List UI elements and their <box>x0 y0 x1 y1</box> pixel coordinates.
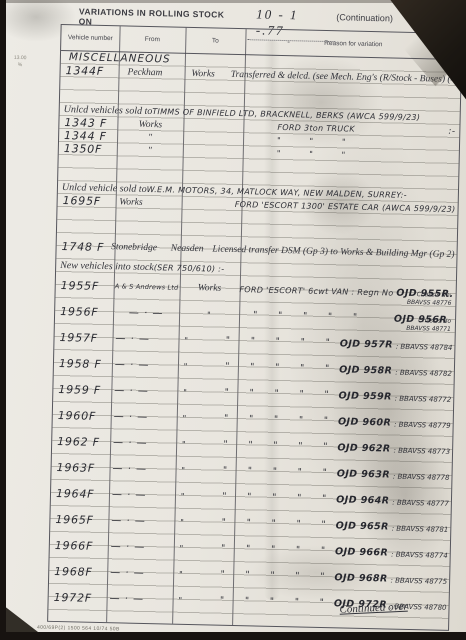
ditto-marks: """"" <box>212 335 340 348</box>
from-location: Works <box>139 119 163 130</box>
ditto-mark: — · — <box>110 567 145 579</box>
chassis-number: : BBAVSS 48781 <box>392 524 449 533</box>
header-reason-label: Reason for variation <box>324 40 382 49</box>
to-cell: " <box>160 352 212 379</box>
vehicle-number: 1972F <box>54 590 93 604</box>
ditto-mark: " <box>321 520 325 530</box>
from-cell: — · — <box>101 455 158 482</box>
ditto-marks: """"" <box>207 543 335 556</box>
ditto-mark: " <box>323 468 327 478</box>
vehicle-number: 1955F <box>61 279 100 293</box>
note-lead: Unlcd vehicle sold to <box>58 182 147 195</box>
ditto-mark: " <box>179 543 183 552</box>
ditto-mark: " <box>181 465 185 474</box>
to-cell <box>183 145 243 159</box>
header-to: To <box>185 28 246 54</box>
ditto-mark: " <box>274 389 278 399</box>
vehicle-number: 1748 F <box>61 240 104 254</box>
header-dash: - <box>287 37 290 46</box>
ditto-mark: " <box>273 441 277 451</box>
ditto-marks: """"" <box>208 517 336 530</box>
from-cell: Works <box>105 195 158 209</box>
vehicle-number-cell: 1957F <box>54 324 105 351</box>
from-cell: — · — <box>98 585 155 612</box>
to-cell: " <box>158 430 210 457</box>
ditto-mark: — · — <box>112 489 147 501</box>
vehicle-number-cell: 1344 F <box>59 129 117 143</box>
ditto-mark: " <box>248 440 252 450</box>
ditto-mark: " <box>272 493 276 503</box>
from-cell: — · — <box>104 351 161 378</box>
to-cell: " <box>155 586 207 613</box>
to-cell: Neasden <box>162 235 213 262</box>
ditto-mark: — · — <box>114 411 149 423</box>
vehicle-number-cell: 1963F <box>51 454 102 481</box>
vehicle-number-cell: 1955F <box>55 272 113 299</box>
to-cell: Works <box>175 67 231 81</box>
ditto-mark: " <box>325 338 329 348</box>
vehicle-number-cell: 1968F <box>49 558 100 585</box>
ditto-mark: " <box>295 597 299 607</box>
vehicle-number: 1344 F <box>64 129 107 143</box>
ditto-mark: — · — <box>115 359 150 371</box>
ditto-mark: " <box>181 491 185 500</box>
ditto-mark: " <box>328 312 332 322</box>
vehicle-number: 1962 F <box>57 434 100 448</box>
vehicle-number-cell: 1959 F <box>53 376 104 403</box>
ditto-mark: " <box>300 363 304 373</box>
reason-text: " " " <box>277 149 346 160</box>
from-cell: — · — <box>99 559 156 586</box>
vehicle-number-cell: 1350F <box>59 142 117 156</box>
ditto-mark: " <box>225 362 229 372</box>
ditto-mark: " <box>271 519 275 529</box>
ditto-marks: """"" <box>211 361 339 374</box>
from-cell: — · — <box>103 377 160 404</box>
ditto-mark: " <box>251 336 255 346</box>
ditto-mark: " <box>247 492 251 502</box>
ditto-mark: " <box>298 441 302 451</box>
table-body: MISCELLANEOUS1344FPeckhamWorksTransferre… <box>48 51 461 630</box>
ditto-marks: """"" <box>209 439 337 452</box>
margin-pencil-note: 13.00 % <box>14 55 27 68</box>
from-location: Peckham <box>127 67 162 78</box>
vehicle-number: 1343 F <box>64 116 107 130</box>
ditto-mark: " <box>220 596 224 606</box>
ditto-mark: " <box>207 310 211 319</box>
to-cell: " <box>156 534 208 561</box>
ditto-mark: " <box>278 311 282 321</box>
chassis-number: Chassis NoBBAVSS 48771 <box>406 317 451 333</box>
chassis-number: : BBAVSS 48778 <box>393 472 450 481</box>
ditto-mark: " <box>275 363 279 373</box>
ditto-mark: " <box>270 597 274 607</box>
vehicle-number-cell: 1966F <box>50 532 101 559</box>
from-cell: — · — <box>100 533 157 560</box>
ditto-mark: " <box>324 390 328 400</box>
vehicle-number-cell: 1956F <box>55 298 114 325</box>
from-cell: — · — <box>100 507 157 534</box>
note-lead: Unlcd vehicles sold to <box>60 104 153 117</box>
registration-number: OJD 965R <box>336 520 389 532</box>
vehicle-number-cell: 1343 F <box>59 116 117 130</box>
from-cell: — · — <box>101 481 158 508</box>
vehicle-number: 1956F <box>60 305 99 319</box>
note-text: (SER 750/610) :- <box>154 263 225 274</box>
ditto-mark: " <box>182 413 186 422</box>
to-cell: " <box>155 560 207 587</box>
vehicle-number: 1957F <box>59 331 98 345</box>
chassis-number: Chassis No:BBAVSS 48776 <box>407 291 452 307</box>
ditto-marks: """"" <box>208 491 336 504</box>
vehicle-number: 1695F <box>63 194 102 208</box>
vehicle-number: 1966F <box>55 538 94 552</box>
from-location: Works <box>119 197 143 208</box>
from-cell: — · — <box>104 325 161 352</box>
ditto-mark: " <box>225 388 229 398</box>
from-location: A & S Andrews Ltd <box>115 282 179 291</box>
header-vehicle-number: Vehicle number <box>61 25 120 51</box>
ditto-mark: " <box>320 572 324 582</box>
to-cell: " <box>157 482 209 509</box>
header-from: From <box>119 26 186 52</box>
ditto-mark: " <box>245 596 249 606</box>
ditto-mark: " <box>320 598 324 608</box>
from-cell: A & S Andrews Ltd <box>113 273 179 300</box>
to-cell: " <box>160 326 212 353</box>
registration-number: OJD 968R <box>334 572 387 584</box>
from-cell: — · — <box>103 403 160 430</box>
to-cell: " <box>158 456 210 483</box>
ditto-mark: " <box>223 466 227 476</box>
to-location: Works <box>191 68 215 79</box>
registration-number: OJD 963R <box>337 468 390 480</box>
ditto-mark: — · — <box>109 593 144 605</box>
registration-number: OJD 957R <box>340 338 393 350</box>
ditto-mark: " <box>253 310 257 320</box>
vehicle-number-cell: 1960F <box>53 402 104 429</box>
ditto-mark: — · — <box>111 515 146 527</box>
ditto-mark: " <box>298 467 302 477</box>
vehicle-number-cell: 1965F <box>50 506 101 533</box>
note-lead: New vehicles into stock <box>56 260 154 273</box>
ditto-mark: " <box>245 570 249 580</box>
to-cell: Works <box>179 275 239 302</box>
from-cell: — · — <box>102 429 159 456</box>
ditto-mark: " <box>295 571 299 581</box>
ditto-marks: """"" <box>210 413 338 426</box>
from-location: " <box>148 145 152 155</box>
ditto-mark: " <box>222 518 226 528</box>
ditto-mark: " <box>178 595 182 604</box>
ditto-mark: " <box>271 545 275 555</box>
vehicle-number: 1960F <box>58 408 97 422</box>
to-cell <box>157 196 205 210</box>
ditto-mark: " <box>303 312 307 322</box>
ditto-mark: " <box>299 389 303 399</box>
vehicle-number: 1965F <box>55 512 94 526</box>
vehicle-number: 1958 F <box>59 356 102 370</box>
to-cell: " <box>156 508 208 535</box>
scanned-ledger-page: { "page": { "title": "VARIATIONS IN ROLL… <box>0 0 466 640</box>
ditto-mark: " <box>222 492 226 502</box>
ditto-mark: " <box>248 466 252 476</box>
vehicle-number: 1963F <box>56 460 95 474</box>
ditto-mark: " <box>301 337 305 347</box>
chassis-number: : BBAVSS 48779 <box>394 420 451 429</box>
reason-text: " " " <box>277 136 346 147</box>
to-cell: " <box>179 301 240 328</box>
from-location: " <box>148 132 152 142</box>
paper-sheet: VARIATIONS IN ROLLING STOCK ON 10 - 1 -.… <box>6 0 466 632</box>
form-content: VARIATIONS IN ROLLING STOCK ON 10 - 1 -.… <box>6 0 466 632</box>
ditto-mark: " <box>274 415 278 425</box>
ditto-mark: " <box>246 544 250 554</box>
ditto-mark: — · — <box>113 437 148 449</box>
ditto-mark: " <box>270 571 274 581</box>
to-cell: " <box>159 378 211 405</box>
ditto-mark: " <box>324 416 328 426</box>
ditto-mark: " <box>184 335 188 344</box>
ditto-mark: " <box>250 362 254 372</box>
ditto-marks: """"" <box>206 595 334 608</box>
form-print-code: 400/69P(2) 1500 564 10/74 50B <box>37 625 120 632</box>
ditto-mark: " <box>323 442 327 452</box>
reason-text: FORD 3ton TRUCK <box>277 123 355 134</box>
ditto-mark: " <box>184 361 188 370</box>
ditto-mark: " <box>296 545 300 555</box>
registration-number: OJD 960R <box>338 416 391 428</box>
ditto-mark: " <box>296 519 300 529</box>
to-cell <box>183 119 243 133</box>
ditto-mark: " <box>299 415 303 425</box>
from-location: Stonebridge <box>111 242 157 253</box>
trailing-mark: :- <box>448 126 457 136</box>
ditto-mark: — · — <box>112 463 147 475</box>
ditto-mark: — · — <box>115 333 150 345</box>
ditto-mark: " <box>179 569 183 578</box>
ditto-mark: " <box>247 518 251 528</box>
ditto-mark: " <box>273 467 277 477</box>
to-location: Neasden <box>171 244 204 255</box>
ditto-mark: " <box>249 414 253 424</box>
vehicle-number: 1959 F <box>58 382 101 396</box>
vehicle-number-cell: 1344F <box>60 64 114 78</box>
ditto-mark: " <box>221 544 225 554</box>
ditto-mark: " <box>322 494 326 504</box>
vehicle-number: 1968F <box>54 564 93 578</box>
chassis-number: : BBAVSS 48777 <box>392 498 449 507</box>
ditto-mark: — · — <box>111 541 146 553</box>
ditto-mark: " <box>223 440 227 450</box>
ditto-mark: " <box>220 570 224 580</box>
rolling-stock-table: Vehicle number From To - Reason for vari… <box>47 24 462 631</box>
vehicle-number-cell: 1695F <box>58 194 105 208</box>
vehicle-number: 1350F <box>64 142 103 156</box>
to-cell: " <box>159 404 211 431</box>
registration-number: OJD 962R <box>337 442 390 454</box>
registration-number: OJD 966R <box>335 546 388 558</box>
to-cell <box>183 132 243 146</box>
ditto-mark: — · — <box>114 385 149 397</box>
ditto-marks: """"" <box>239 310 367 323</box>
ditto-mark: " <box>183 387 187 396</box>
ditto-mark: " <box>321 546 325 556</box>
ditto-mark: " <box>224 414 228 424</box>
ditto-mark: " <box>180 517 184 526</box>
registration-number: OJD 958R <box>339 364 392 376</box>
ditto-marks: """"" <box>211 387 339 400</box>
ditto-mark: " <box>353 313 357 323</box>
ditto-mark: " <box>249 388 253 398</box>
from-cell: Stonebridge <box>106 234 162 261</box>
ditto-mark: " <box>182 439 186 448</box>
registration-number: OJD 964R <box>336 494 389 506</box>
ditto-mark: — · — <box>129 307 164 319</box>
vehicle-number-cell: 1962 F <box>52 428 103 455</box>
reason-text: FORD 'ESCORT' 6cwt VAN : Regn No <box>239 285 396 298</box>
ditto-marks: """"" <box>209 465 337 478</box>
chassis-number: : BBAVSS 48774 <box>391 550 448 559</box>
reason-text: Licensed transfer DSM (Gp 3) to Works & … <box>212 244 454 259</box>
vehicle-number-cell: 1748 F <box>56 233 106 260</box>
chassis-number: : BBAVSS 48775 <box>391 576 448 585</box>
to-location: Works <box>198 283 222 294</box>
registration-number: OJD 959R <box>338 390 391 402</box>
vehicle-number: 1344F <box>65 64 104 78</box>
from-cell: — · — <box>113 299 180 326</box>
ditto-mark: " <box>325 364 329 374</box>
chassis-number: : BBAVSS 48782 <box>395 368 452 377</box>
ditto-marks: """"" <box>206 569 334 582</box>
chassis-number: : BBAVSS 48773 <box>393 446 450 455</box>
ditto-mark: " <box>226 336 230 346</box>
continuation-label: (Continuation) <box>336 12 393 23</box>
chassis-number: : BBAVSS 48772 <box>395 394 452 403</box>
ditto-mark: " <box>297 493 301 503</box>
vehicle-number-cell: 1964F <box>51 480 102 507</box>
vehicle-number: 1964F <box>56 486 95 500</box>
vehicle-number-cell: 1972F <box>48 584 99 611</box>
vehicle-number-cell: 1958 F <box>54 350 105 377</box>
ditto-mark: " <box>276 337 280 347</box>
chassis-number: : BBAVSS 48784 <box>396 342 453 351</box>
